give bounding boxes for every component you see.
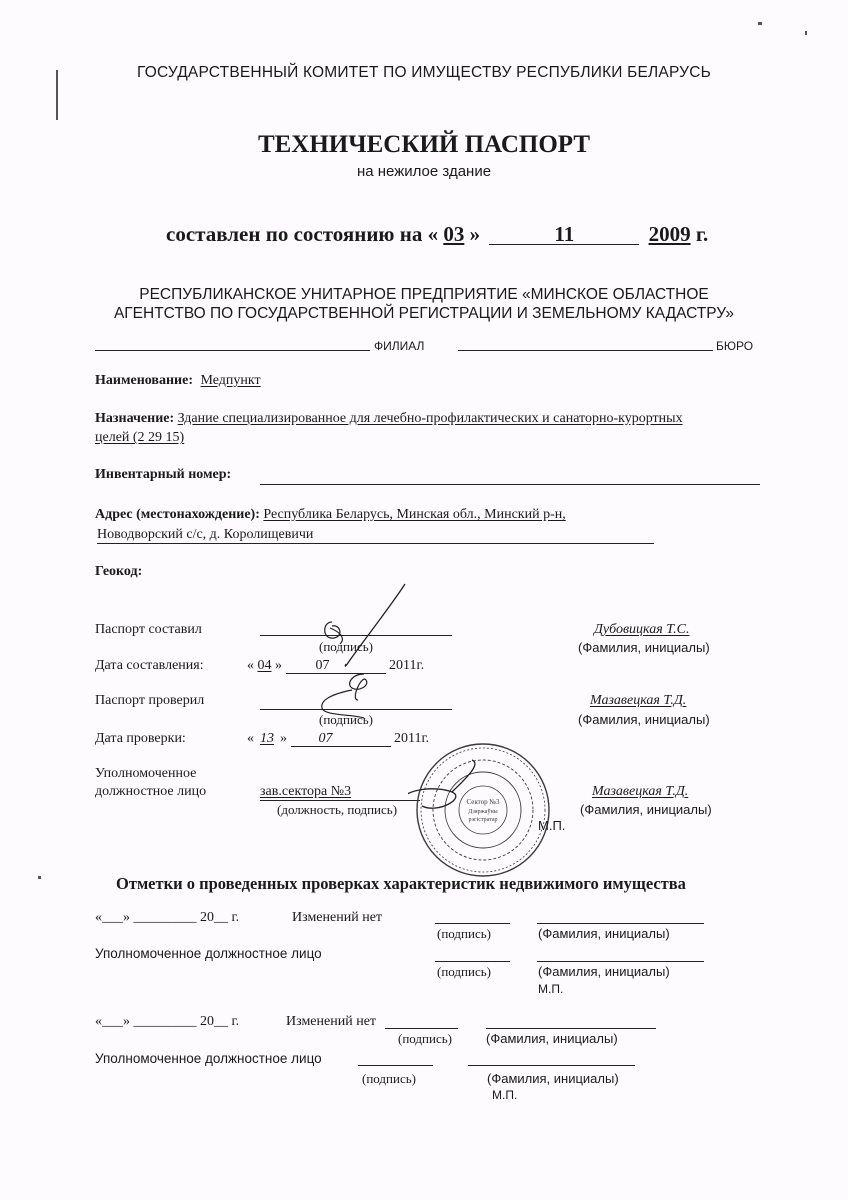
check2-date: «___» _________ 20__ г. (95, 1014, 239, 1030)
geocode-label: Геокод: (95, 564, 142, 580)
inventory-label: Инвентарный номер: (95, 467, 231, 483)
checks-title: Отметки о проведенных проверках характер… (116, 874, 686, 894)
checked-name-caption: (Фамилия, инициалы) (578, 712, 710, 727)
compiled-date-label: Дата составления: (95, 658, 204, 674)
checked-name: Мазавецкая Т.Д. (590, 693, 686, 709)
official-label-line2: должностное лицо (95, 784, 206, 800)
check1-stamp-mark: М.П. (538, 982, 563, 996)
address-row: Адрес (местонахождение): Республика Бела… (95, 507, 566, 523)
official-position-text: зав.сектора №3 (260, 784, 351, 799)
compiled-name: Дубовицкая Т.С. (594, 622, 690, 638)
name-row: Наименование: Медпункт (95, 373, 261, 389)
official-name: Мазавецкая Т.Д. (592, 784, 688, 800)
scan-speck (805, 31, 807, 35)
check1-signature-caption: (подпись) (437, 926, 491, 942)
check-day: 13 (254, 731, 280, 746)
purpose-label: Назначение: (95, 411, 174, 426)
scan-speck (758, 22, 762, 25)
check1-official-signature-caption: (подпись) (437, 964, 491, 980)
state-date-line: составлен по состоянию на « 03 » 11 2009… (166, 222, 708, 247)
state-month-value: 11 (554, 222, 574, 246)
scan-speck (38, 876, 41, 879)
address-value-line1: Республика Беларусь, Минская обл., Минск… (263, 507, 565, 522)
official-position-caption: (должность, подпись) (277, 802, 397, 818)
document-subtitle: на нежилое здание (0, 163, 848, 180)
check2-signature-caption: (подпись) (398, 1031, 452, 1047)
address-value-line2: Новодворский с/с, д. Королищевичи (97, 526, 654, 544)
compiled-label: Паспорт составил (95, 622, 202, 638)
svg-text:Сектор №3: Сектор №3 (466, 798, 500, 806)
check2-signature-field[interactable] (385, 1028, 458, 1029)
check2-official-name-caption: (Фамилия, инициалы) (487, 1071, 619, 1086)
name-label: Наименование: (95, 373, 193, 388)
check1-official-label: Уполномоченное должностное лицо (95, 946, 322, 961)
check2-official-name-field[interactable] (468, 1065, 635, 1066)
check1-official-name-caption: (Фамилия, инициалы) (538, 964, 670, 979)
checked-label: Паспорт проверил (95, 693, 204, 709)
compiled-year: 2011г. (389, 658, 424, 673)
official-stamp-icon: Сектор №3 Дзяржаўны рэгістратар (408, 740, 558, 880)
svg-text:рэгістратар: рэгістратар (468, 817, 497, 823)
purpose-row: Назначение: Здание специализированное дл… (95, 411, 683, 427)
state-quote-close: » (470, 222, 481, 246)
state-year-suffix: г. (696, 222, 708, 246)
state-day: 03 (443, 222, 464, 246)
check-date-label: Дата проверки: (95, 731, 186, 747)
check2-no-changes: Изменений нет (286, 1014, 376, 1030)
official-position: зав.сектора №3 (260, 784, 420, 801)
checked-signature-caption: (подпись) (319, 712, 373, 728)
check2-official-label: Уполномоченное должностное лицо (95, 1051, 322, 1066)
name-value: Медпункт (201, 373, 261, 388)
check2-official-signature-caption: (подпись) (362, 1071, 416, 1087)
branch-label: ФИЛИАЛ (374, 339, 424, 353)
check1-name-field[interactable] (537, 923, 704, 924)
address-value-line2-text: Новодворский с/с, д. Королищевичи (97, 527, 313, 542)
purpose-value-line2: целей (2 29 15) (95, 430, 184, 446)
official-label-line1: Уполномоченное (95, 766, 196, 782)
svg-text:Дзяржаўны: Дзяржаўны (468, 808, 497, 815)
address-label: Адрес (местонахождение): (95, 507, 260, 522)
check2-name-field[interactable] (486, 1028, 656, 1029)
state-date-prefix: составлен по состоянию на « (166, 222, 438, 246)
state-month: 11 (489, 224, 639, 245)
organization-line1: РЕСПУБЛИКАНСКОЕ УНИТАРНОЕ ПРЕДПРИЯТИЕ «М… (0, 286, 848, 304)
document-title: ТЕХНИЧЕСКИЙ ПАСПОРТ (0, 131, 848, 159)
check-month: 07 (319, 731, 333, 746)
check1-no-changes: Изменений нет (292, 910, 382, 926)
bureau-field[interactable] (458, 350, 713, 351)
bureau-label: БЮРО (716, 339, 753, 353)
official-name-caption: (Фамилия, инициалы) (580, 802, 712, 817)
check2-name-caption: (Фамилия, инициалы) (486, 1031, 618, 1046)
compiled-name-caption: (Фамилия, инициалы) (578, 640, 710, 655)
organization-line2: АГЕНТСТВО ПО ГОСУДАРСТВЕННОЙ РЕГИСТРАЦИИ… (0, 305, 848, 323)
compiled-signature-caption: (подпись) (319, 639, 373, 655)
check1-signature-field[interactable] (435, 923, 510, 924)
check-date: «13» 07 2011г. (247, 731, 429, 747)
check1-official-name-field[interactable] (537, 961, 704, 962)
check1-official-signature-field[interactable] (435, 961, 510, 962)
purpose-value-line1: Здание специализированное для лечебно-пр… (178, 411, 683, 426)
branch-field[interactable] (95, 350, 370, 351)
check1-name-caption: (Фамилия, инициалы) (538, 926, 670, 941)
check-month-field: 07 (291, 731, 391, 747)
inventory-field[interactable] (260, 484, 760, 485)
stamp-mark: М.П. (538, 818, 565, 833)
state-year: 2009 (649, 222, 691, 246)
check2-stamp-mark: М.П. (492, 1088, 517, 1102)
check2-official-signature-field[interactable] (358, 1065, 433, 1066)
check1-date: «___» _________ 20__ г. (95, 910, 239, 926)
compiled-day: 04 (258, 658, 272, 673)
committee-title: ГОСУДАРСТВЕННЫЙ КОМИТЕТ ПО ИМУЩЕСТВУ РЕС… (0, 64, 848, 82)
